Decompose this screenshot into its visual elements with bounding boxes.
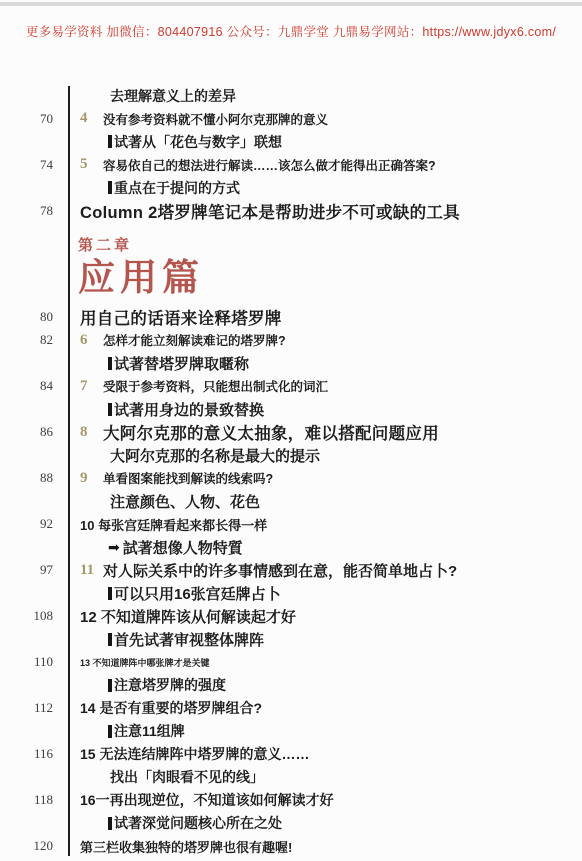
entry-title: 大阿尔克那的意义太抽象，难以搭配问题应用	[103, 420, 439, 444]
entry-title: 第三栏收集独特的塔罗牌也很有趣喔!	[80, 837, 292, 856]
page-number: 110	[0, 654, 68, 670]
toc-row-content: Column 2塔罗牌笔记本是帮助进步不可或缺的工具	[68, 199, 582, 223]
toc-sub-row: 试著从「花色与数字」联想	[0, 130, 582, 153]
toc-sub-row: 可以只用16张宫廷牌占卜	[0, 582, 582, 605]
toc-entry-row: 745容易依自己的想法进行解读……该怎么做才能得出正确答案?	[0, 153, 582, 176]
entry-number: 9	[80, 470, 103, 487]
toc-sub-row: 大阿尔克那的名称是最大的提示	[0, 444, 582, 467]
toc-row-content: 注意塔罗牌的强度	[68, 675, 582, 695]
entry-title: 15 无法连结牌阵中塔罗牌的意义……	[80, 744, 309, 764]
toc-row-content: 注意11组牌	[68, 721, 582, 741]
entry-number: 8	[80, 424, 103, 441]
toc-row-content: 可以只用16张宫廷牌占卜	[68, 583, 582, 604]
page-number: 82	[0, 332, 68, 348]
toc-entry-row: 78Column 2塔罗牌笔记本是帮助进步不可或缺的工具	[0, 199, 582, 222]
entry-title: 用自己的话语来诠释塔罗牌	[80, 305, 282, 329]
toc-entry-row: 10812 不知道牌阵该从何解读起才好	[0, 605, 582, 628]
toc-sub-row: 试著用身边的景致替换	[0, 398, 582, 421]
toc-row-content: 找出「肉眼看不见的线」	[68, 767, 582, 787]
page-number: 88	[0, 470, 68, 486]
toc-row-content: 13 不知道牌阵中哪张牌才是关键	[68, 656, 582, 669]
toc-sub-row: 注意颜色、人物、花色	[0, 490, 582, 513]
page-number: 70	[0, 111, 68, 127]
page-number: 92	[0, 516, 68, 532]
toc-row-content: 试著从「花色与数字」联想	[68, 132, 582, 152]
toc-row-content: 首先试著审视整体牌阵	[68, 629, 582, 650]
toc-divider-line	[68, 86, 70, 856]
chapter-heading: 第二章应用篇	[0, 222, 582, 306]
page-number: 118	[0, 792, 68, 808]
promo-header: 更多易学资料 加微信：804407916 公众号：九鼎学堂 九鼎易学网站：htt…	[0, 22, 582, 40]
toc-entry-row: 11615 无法连结牌阵中塔罗牌的意义……	[0, 743, 582, 766]
toc-entry-row: 11013 不知道牌阵中哪张牌才是关键	[0, 651, 582, 674]
page-number: 108	[0, 608, 68, 624]
toc-sub-row: 注意塔罗牌的强度	[0, 674, 582, 697]
page-number: 120	[0, 838, 68, 854]
entry-number: 4	[80, 110, 103, 127]
sub-item-text: 试著从「花色与数字」联想	[114, 132, 282, 152]
toc-row-content: 大阿尔克那的名称是最大的提示	[68, 445, 582, 466]
toc-row-content: 12 不知道牌阵该从何解读起才好	[68, 606, 582, 627]
toc-row-content: 14 是否有重要的塔罗牌组合?	[68, 698, 582, 718]
entry-title: 没有参考资料就不懂小阿尔克那牌的意义	[103, 110, 328, 128]
sub-item-text: 注意11组牌	[114, 721, 185, 741]
entry-title: 单看图案能找到解读的线索吗?	[103, 469, 273, 487]
toc-row-content: 第三栏收集独特的塔罗牌也很有趣喔!	[68, 837, 582, 856]
toc-sub-row: 试著替塔罗牌取暱称	[0, 352, 582, 375]
toc-row-content: 7受限于参考资料，只能想出制式化的词汇	[68, 377, 582, 395]
toc-sub-row: 试著深觉问题核心所在之处	[0, 812, 582, 835]
toc-row-content: 16一再出现逆位，不知道该如何解读才好	[68, 790, 582, 810]
clipped-arrow-icon	[108, 679, 112, 692]
toc-row-content: 10 每张宫廷牌看起来都长得一样	[68, 515, 582, 534]
toc-entry-row: 889单看图案能找到解读的线索吗?	[0, 467, 582, 490]
chapter-title: 应用篇	[78, 259, 582, 298]
toc-row-content: ➡試著想像人物特質	[68, 537, 582, 558]
toc-entry-row: 120第三栏收集独特的塔罗牌也很有趣喔!	[0, 835, 582, 858]
toc-entry-row: 847受限于参考资料，只能想出制式化的词汇	[0, 375, 582, 398]
toc-row-content: 去理解意义上的差异	[68, 86, 582, 106]
entry-title: Column 2塔罗牌笔记本是帮助进步不可或缺的工具	[80, 199, 460, 223]
page-number: 97	[0, 562, 68, 578]
sub-item-text: 试著深觉问题核心所在之处	[114, 813, 282, 833]
entry-number: 6	[80, 332, 103, 349]
entry-title: 13 不知道牌阵中哪张牌才是关键	[80, 656, 210, 669]
page-number: 80	[0, 309, 68, 325]
toc-sub-row: 去理解意义上的差异	[0, 84, 582, 107]
sub-item-text: 注意颜色、人物、花色	[110, 491, 260, 512]
clipped-arrow-icon	[108, 817, 112, 830]
toc-row-content: 15 无法连结牌阵中塔罗牌的意义……	[68, 744, 582, 764]
clipped-arrow-icon	[108, 633, 112, 646]
entry-title: 容易依自己的想法进行解读……该怎么做才能得出正确答案?	[103, 156, 436, 174]
entry-title: 12 不知道牌阵该从何解读起才好	[80, 606, 296, 627]
toc-entry-row: 9711对人际关系中的许多事情感到在意，能否简单地占卜?	[0, 559, 582, 582]
clipped-arrow-icon	[108, 135, 112, 148]
sub-item-text: 大阿尔克那的名称是最大的提示	[110, 445, 320, 466]
toc-entry-row: 704没有参考资料就不懂小阿尔克那牌的意义	[0, 107, 582, 130]
sub-item-text: 重点在于提问的方式	[114, 178, 240, 198]
toc-row-content: 9单看图案能找到解读的线索吗?	[68, 469, 582, 487]
toc-entry-row: 9210 每张宫廷牌看起来都长得一样	[0, 513, 582, 536]
toc-entry-row: 826怎样才能立刻解读难记的塔罗牌?	[0, 329, 582, 352]
table-of-contents: 去理解意义上的差异704没有参考资料就不懂小阿尔克那牌的意义试著从「花色与数字」…	[0, 84, 582, 858]
page-number: 116	[0, 746, 68, 762]
page-number: 86	[0, 424, 68, 440]
toc-sub-row: 找出「肉眼看不见的线」	[0, 766, 582, 789]
sub-item-text: 去理解意义上的差异	[110, 86, 236, 106]
entry-title: 受限于参考资料，只能想出制式化的词汇	[103, 377, 328, 395]
toc-row-content: 6怎样才能立刻解读难记的塔罗牌?	[68, 331, 582, 349]
toc-entry-row: 11214 是否有重要的塔罗牌组合?	[0, 697, 582, 720]
clipped-arrow-icon	[108, 403, 112, 416]
toc-row-content: 4没有参考资料就不懂小阿尔克那牌的意义	[68, 110, 582, 128]
clipped-arrow-icon	[108, 181, 112, 194]
toc-row-content: 注意颜色、人物、花色	[68, 491, 582, 512]
sub-item-text: 试著用身边的景致替换	[114, 399, 264, 420]
page-number: 84	[0, 378, 68, 394]
sub-item-text: 可以只用16张宫廷牌占卜	[114, 583, 281, 604]
entry-number: 11	[80, 562, 103, 579]
sub-item-text: 試著想像人物特質	[123, 537, 243, 558]
entry-title: 16一再出现逆位，不知道该如何解读才好	[80, 790, 334, 810]
scanned-book-toc-page: 更多易学资料 加微信：804407916 公众号：九鼎学堂 九鼎易学网站：htt…	[0, 0, 582, 861]
toc-row-content: 重点在于提问的方式	[68, 178, 582, 198]
entry-title: 怎样才能立刻解读难记的塔罗牌?	[103, 331, 286, 349]
toc-entry-row: 80用自己的话语来诠释塔罗牌	[0, 306, 582, 329]
sub-item-text: 找出「肉眼看不见的线」	[110, 767, 264, 787]
right-arrow-icon: ➡	[108, 540, 120, 554]
entry-number: 5	[80, 156, 103, 173]
toc-row-content: 11对人际关系中的许多事情感到在意，能否简单地占卜?	[68, 560, 582, 581]
scan-top-edge	[0, 2, 582, 6]
toc-row-content: 用自己的话语来诠释塔罗牌	[68, 305, 582, 329]
toc-sub-row: ➡試著想像人物特質	[0, 536, 582, 559]
clipped-arrow-icon	[108, 725, 112, 738]
sub-item-text: 首先试著审视整体牌阵	[114, 629, 264, 650]
sub-item-text: 试著替塔罗牌取暱称	[114, 353, 249, 374]
toc-row-content: 8大阿尔克那的意义太抽象，难以搭配问题应用	[68, 420, 582, 444]
chapter-number-label: 第二章	[78, 234, 582, 255]
toc-entry-row: 868大阿尔克那的意义太抽象，难以搭配问题应用	[0, 421, 582, 444]
entry-title: 对人际关系中的许多事情感到在意，能否简单地占卜?	[103, 560, 457, 581]
page-number: 78	[0, 203, 68, 219]
page-number: 74	[0, 157, 68, 173]
entry-title: 14 是否有重要的塔罗牌组合?	[80, 698, 262, 718]
toc-sub-row: 重点在于提问的方式	[0, 176, 582, 199]
toc-row-content: 5容易依自己的想法进行解读……该怎么做才能得出正确答案?	[68, 156, 582, 174]
toc-entry-row: 11816一再出现逆位，不知道该如何解读才好	[0, 789, 582, 812]
toc-row-content: 试著替塔罗牌取暱称	[68, 353, 582, 374]
toc-sub-row: 注意11组牌	[0, 720, 582, 743]
clipped-arrow-icon	[108, 587, 112, 600]
entry-number: 7	[80, 378, 103, 395]
page-number: 112	[0, 700, 68, 716]
toc-sub-row: 首先试著审视整体牌阵	[0, 628, 582, 651]
sub-item-text: 注意塔罗牌的强度	[114, 675, 226, 695]
entry-title: 10 每张宫廷牌看起来都长得一样	[80, 515, 267, 534]
toc-rows: 去理解意义上的差异704没有参考资料就不懂小阿尔克那牌的意义试著从「花色与数字」…	[0, 84, 582, 858]
clipped-arrow-icon	[108, 357, 112, 370]
toc-row-content: 试著用身边的景致替换	[68, 399, 582, 420]
toc-row-content: 试著深觉问题核心所在之处	[68, 813, 582, 833]
